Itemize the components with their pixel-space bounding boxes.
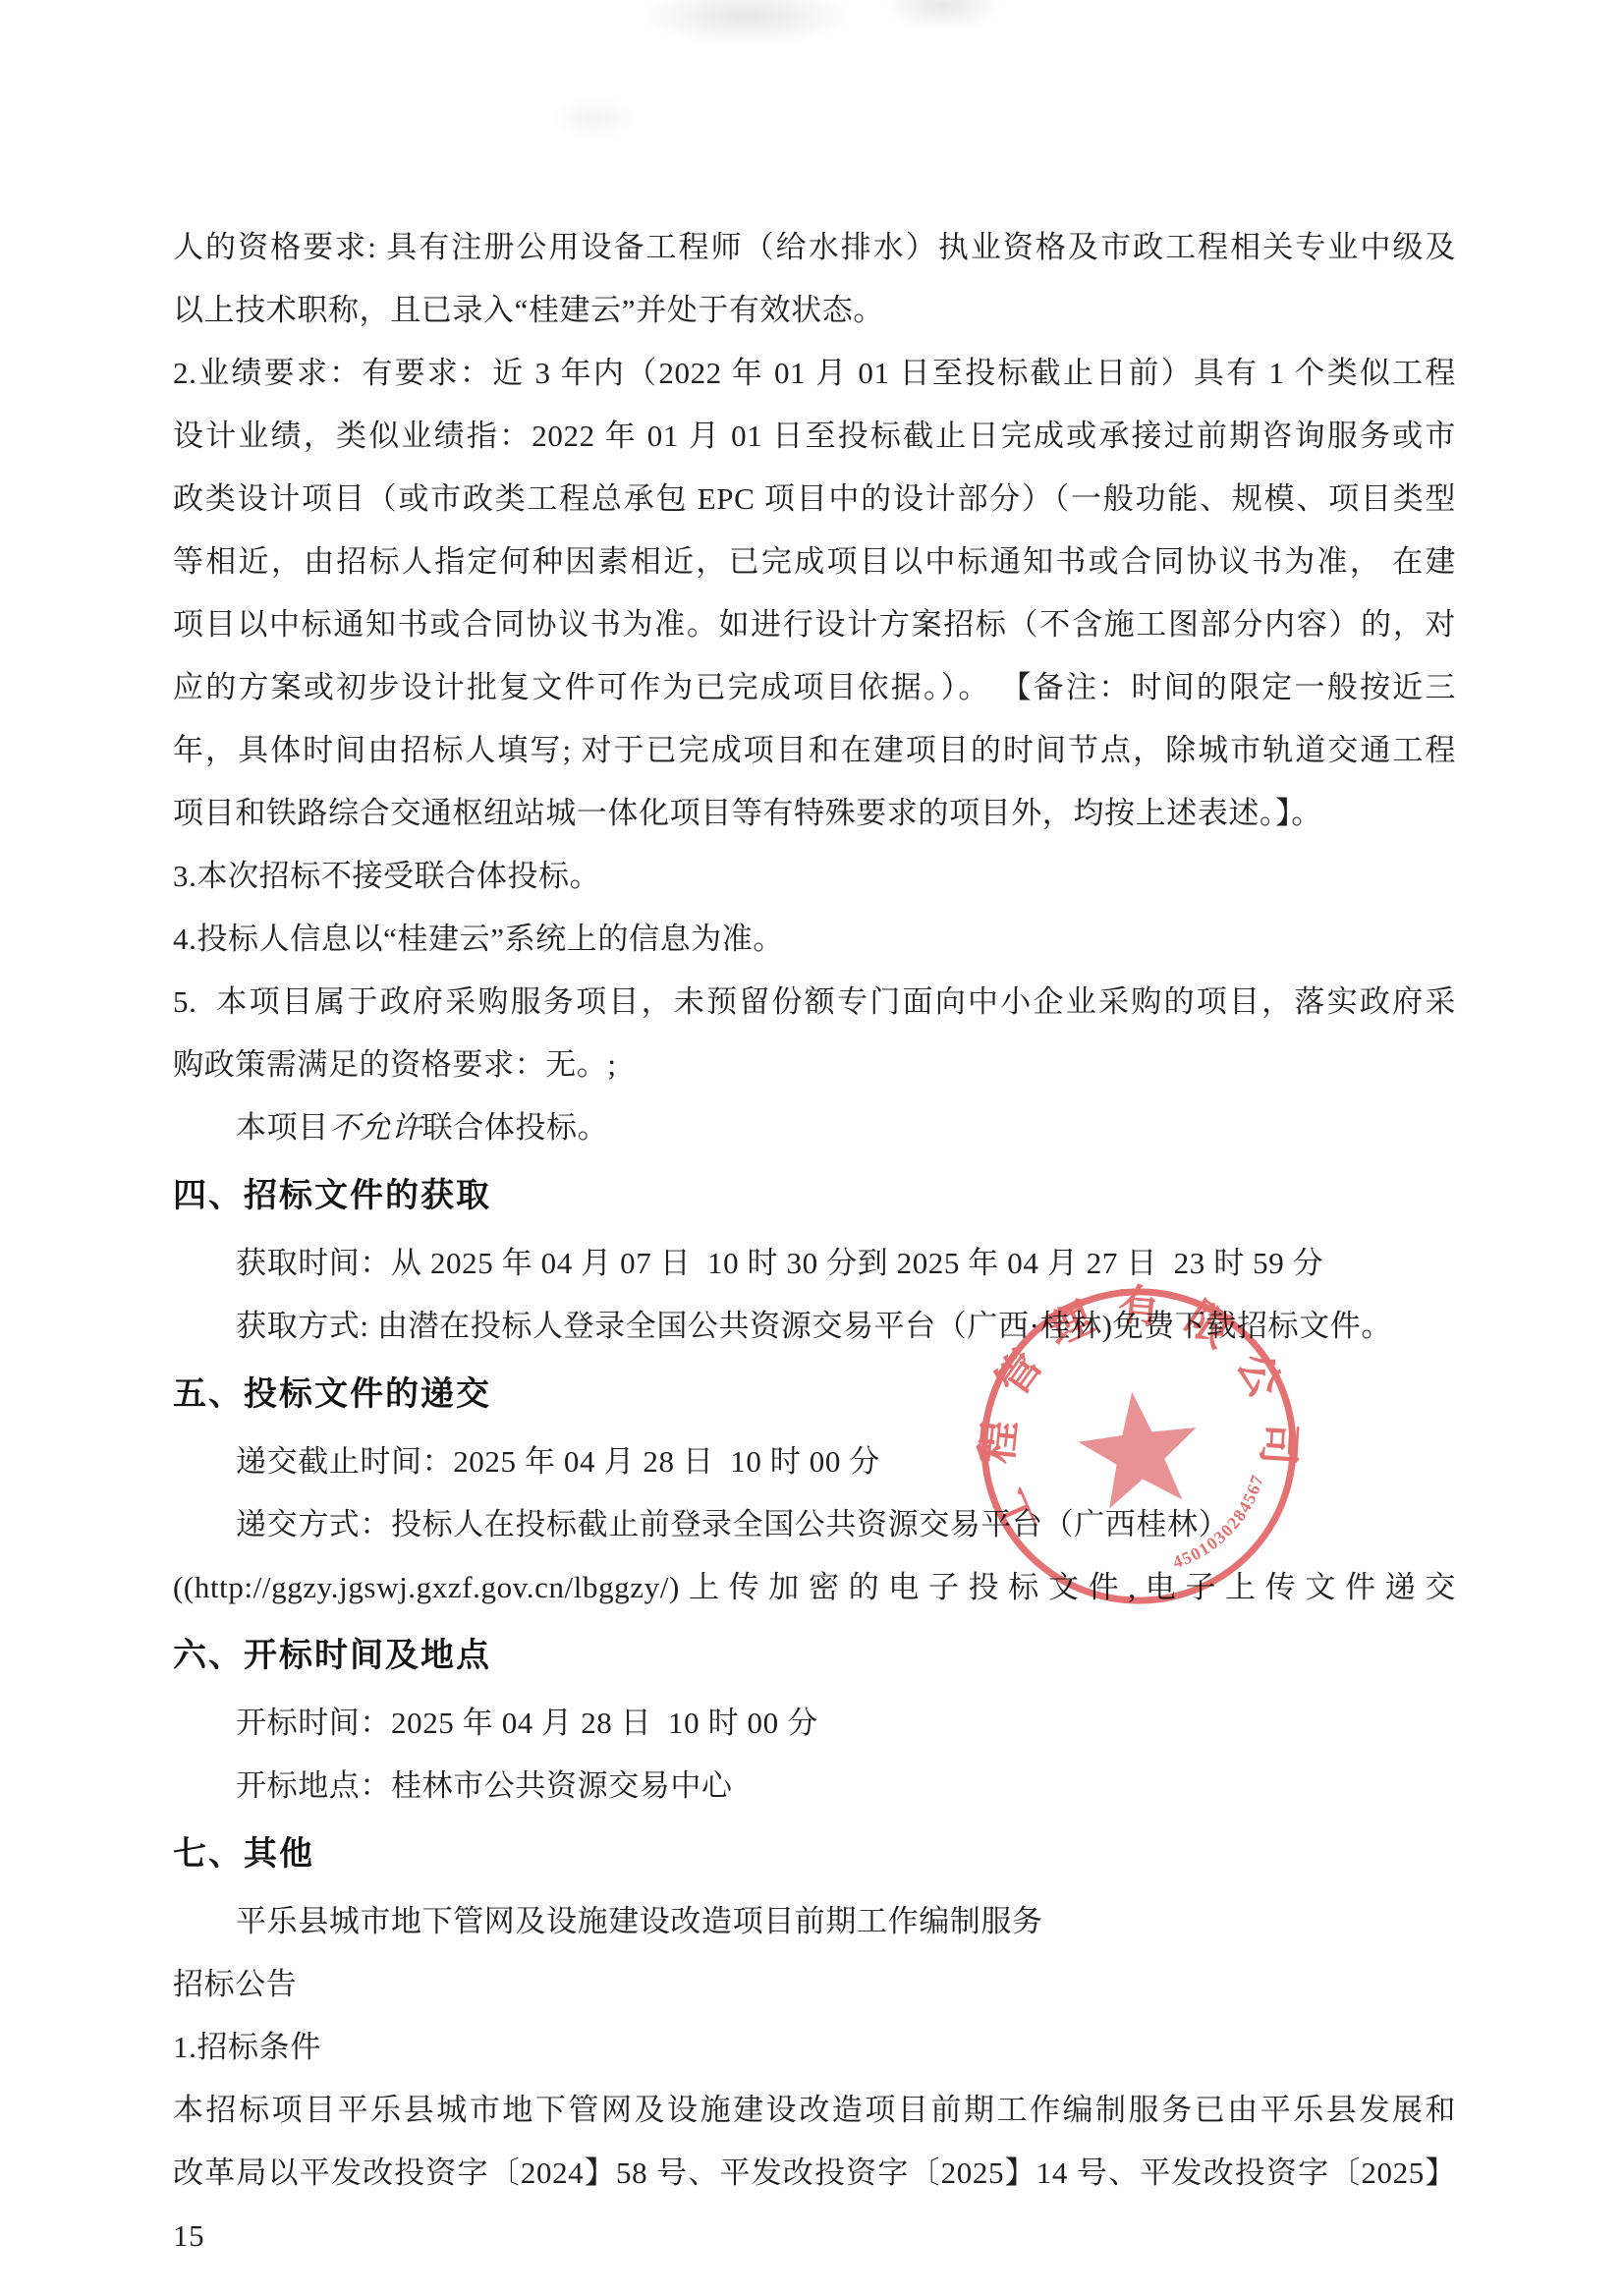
text-line: 开标时间：2025 年 04 月 28 日 10 时 00 分 — [173, 1692, 1456, 1755]
text-line: 递交截止时间：2025 年 04 月 28 日 10 时 00 分 — [173, 1430, 1456, 1493]
text-line: 购政策需满足的资格要求：无。; — [173, 1034, 1456, 1096]
text-line: 1.招标条件 — [173, 2016, 1456, 2079]
text-line: 获取方式: 由潜在投标人登录全国公共资源交易平台（广西·桂林)免费下载招标文件。 — [173, 1295, 1456, 1358]
emphasized-text: 不允许 — [329, 1110, 422, 1145]
text-line: 招标公告 — [173, 1953, 1456, 2016]
text-line: 改革局以平发改投资字〔2024】58 号、平发改投资字〔2025】14 号、平发… — [173, 2142, 1456, 2268]
document-page: { "document": { "blocks": [ {"type":"lin… — [0, 0, 1624, 2296]
text-line: 项目和铁路综合交通枢纽站城一体化项目等有特殊要求的项目外，均按上述表述。】。 — [173, 782, 1456, 845]
text-line: ((http://ggzy.jgswj.gxzf.gov.cn/lbggzy/)… — [173, 1556, 1456, 1619]
text-line: 平乐县城市地下管网及设施建设改造项目前期工作编制服务 — [173, 1890, 1456, 1953]
text-line: 递交方式：投标人在投标截止前登录全国公共资源交易平台（广西桂林） — [173, 1493, 1456, 1556]
text-line: 4.投标人信息以“桂建云”系统上的信息为准。 — [173, 908, 1456, 971]
section-heading: 七、其他 — [173, 1818, 1456, 1890]
section-heading: 六、开标时间及地点 — [173, 1619, 1456, 1692]
text-run: 联合体投标。 — [422, 1110, 609, 1145]
section-heading: 四、招标文件的获取 — [173, 1159, 1456, 1232]
text-line: 本招标项目平乐县城市地下管网及设施建设改造项目前期工作编制服务已由平乐县发展和 — [173, 2079, 1456, 2142]
text-line: 应的方案或初步设计批复文件可作为已完成项目依据。）。 【备注：时间的限定一般按近… — [173, 656, 1456, 719]
text-line: 开标地点：桂林市公共资源交易中心 — [173, 1755, 1456, 1818]
text-line: 2.业绩要求：有要求：近 3 年内（2022 年 01 月 01 日至投标截止日… — [173, 342, 1456, 405]
text-run: 本项目 — [236, 1110, 329, 1145]
section-heading: 五、投标文件的递交 — [173, 1358, 1456, 1430]
scan-smudge — [639, 0, 855, 45]
text-line: 获取时间：从 2025 年 04 月 07 日 10 时 30 分到 2025 … — [173, 1232, 1456, 1295]
text-line: 政类设计项目（或市政类工程总承包 EPC 项目中的设计部分）（一般功能、规模、项… — [173, 468, 1456, 531]
text-line: 设计业绩，类似业绩指：2022 年 01 月 01 日至投标截止日完成或承接过前… — [173, 405, 1456, 468]
text-line: 5. 本项目属于政府采购服务项目，未预留份额专门面向中小企业采购的项目，落实政府… — [173, 971, 1456, 1034]
text-line: 项目以中标通知书或合同协议书为准。如进行设计方案招标（不含施工图部分内容）的，对 — [173, 593, 1456, 656]
scan-smudge — [884, 0, 1002, 29]
text-line: 以上技术职称，且已录入“桂建云”并处于有效状态。 — [173, 279, 1456, 342]
document-body: 人的资格要求: 具有注册公用设备工程师（给水排水）执业资格及市政工程相关专业中级… — [173, 216, 1456, 2268]
text-line: 等相近，由招标人指定何种因素相近，已完成项目以中标通知书或合同协议书为准， 在建 — [173, 531, 1456, 593]
text-line: 3.本次招标不接受联合体投标。 — [173, 845, 1456, 908]
text-line: 人的资格要求: 具有注册公用设备工程师（给水排水）执业资格及市政工程相关专业中级… — [173, 216, 1456, 279]
scan-smudge — [550, 98, 639, 138]
text-line: 本项目不允许联合体投标。 — [173, 1096, 1456, 1159]
text-line: 年，具体时间由招标人填写; 对于已完成项目和在建项目的时间节点，除城市轨道交通工… — [173, 719, 1456, 782]
